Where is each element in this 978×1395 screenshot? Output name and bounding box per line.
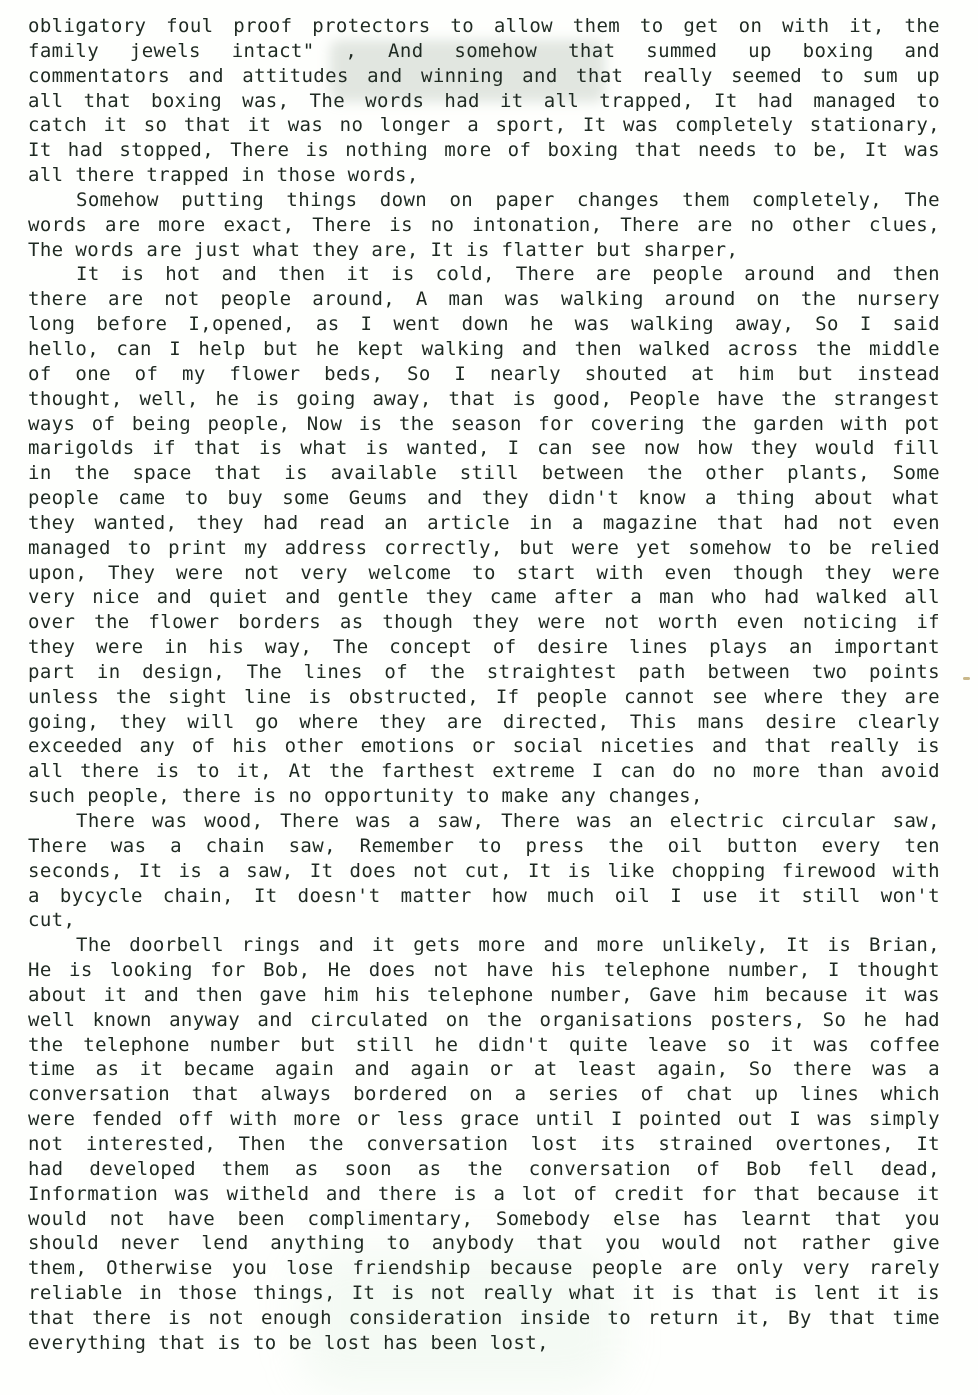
text-line: Information was witheld and there is a l… xyxy=(28,1182,940,1207)
text-line: should never lend anything to anybody th… xyxy=(28,1231,940,1256)
text-line: cut, xyxy=(28,908,940,933)
paragraph: There was wood, There was a saw, There w… xyxy=(28,809,940,933)
text-line: words are more exact, There is no intona… xyxy=(28,213,940,238)
text-line: conversation that always bordered on a s… xyxy=(28,1082,940,1107)
text-line: hello, can I help but he kept walking an… xyxy=(28,337,940,362)
text-line: they wanted, they had read an article in… xyxy=(28,511,940,536)
text-line: the telephone number but still he didn't… xyxy=(28,1033,940,1058)
text-line: exceeded any of his other emotions or so… xyxy=(28,734,940,759)
text-line: There was a chain saw, Remember to press… xyxy=(28,834,940,859)
text-line: unless the sight line is obstructed, If … xyxy=(28,685,940,710)
scanned-page: obligatory foul proof protectors to allo… xyxy=(0,0,978,1395)
text-line: over the flower borders as though they w… xyxy=(28,610,940,635)
text-line: people came to buy some Geums and they d… xyxy=(28,486,940,511)
text-line: all that boxing was, The words had it al… xyxy=(28,89,940,114)
text-line: The words are just what they are, It is … xyxy=(28,238,940,263)
text-line: were fended off with more or less grace … xyxy=(28,1107,940,1132)
text-line: obligatory foul proof protectors to allo… xyxy=(28,14,940,39)
text-line: ways of being people, Now is the season … xyxy=(28,412,940,437)
text-line: such people, there is no opportunity to … xyxy=(28,784,940,809)
text-line: commentators and attitudes and winning a… xyxy=(28,64,940,89)
text-line: that there is not enough consideration i… xyxy=(28,1306,940,1331)
text-line: seconds, It is a saw, It does not cut, I… xyxy=(28,859,940,884)
text-line: thought, well, he is going away, that is… xyxy=(28,387,940,412)
text-line: He is looking for Bob, He does not have … xyxy=(28,958,940,983)
text-line: It is hot and then it is cold, There are… xyxy=(28,262,940,287)
text-line: all there is to it, At the farthest extr… xyxy=(28,759,940,784)
text-line: them, Otherwise you lose friendship beca… xyxy=(28,1256,940,1281)
paragraph: It is hot and then it is cold, There are… xyxy=(28,262,940,809)
scan-speck xyxy=(963,677,970,680)
text-line: had developed them as soon as the conver… xyxy=(28,1157,940,1182)
paragraph: Somehow putting things down on paper cha… xyxy=(28,188,940,263)
text-line: about it and then gave him his telephone… xyxy=(28,983,940,1008)
text-line: managed to print my address correctly, b… xyxy=(28,536,940,561)
text-line: a bycycle chain, It doesn't matter how m… xyxy=(28,884,940,909)
text-line: in the space that is available still bet… xyxy=(28,461,940,486)
text-line: part in design, The lines of the straigh… xyxy=(28,660,940,685)
text-line: Somehow putting things down on paper cha… xyxy=(28,188,940,213)
text-line: marigolds if that is what is wanted, I c… xyxy=(28,436,940,461)
text-line: everything that is to be lost has been l… xyxy=(28,1331,940,1356)
document-body: obligatory foul proof protectors to allo… xyxy=(28,14,940,1356)
text-line: very nice and quiet and gentle they came… xyxy=(28,585,940,610)
text-line: catch it so that it was no longer a spor… xyxy=(28,113,940,138)
text-line: going, they will go where they are direc… xyxy=(28,710,940,735)
text-line: family jewels intact" , And somehow that… xyxy=(28,39,940,64)
text-line: long before I,opened, as I went down he … xyxy=(28,312,940,337)
text-line: well known anyway and circulated on the … xyxy=(28,1008,940,1033)
text-line: It had stopped, There is nothing more of… xyxy=(28,138,940,163)
text-line: would not have been complimentary, Someb… xyxy=(28,1207,940,1232)
text-line: not interested, Then the conversation lo… xyxy=(28,1132,940,1157)
text-line: There was wood, There was a saw, There w… xyxy=(28,809,940,834)
paragraph: obligatory foul proof protectors to allo… xyxy=(28,14,940,188)
text-line: all there trapped in those words, xyxy=(28,163,940,188)
text-line: upon, They were not very welcome to star… xyxy=(28,561,940,586)
text-line: time as it became again and again or at … xyxy=(28,1057,940,1082)
text-line: of one of my flower beds, So I nearly sh… xyxy=(28,362,940,387)
text-line: reliable in those things, It is not real… xyxy=(28,1281,940,1306)
paragraph: The doorbell rings and it gets more and … xyxy=(28,933,940,1355)
text-line: The doorbell rings and it gets more and … xyxy=(28,933,940,958)
text-line: there are not people around, A man was w… xyxy=(28,287,940,312)
text-line: they were in his way, The concept of des… xyxy=(28,635,940,660)
